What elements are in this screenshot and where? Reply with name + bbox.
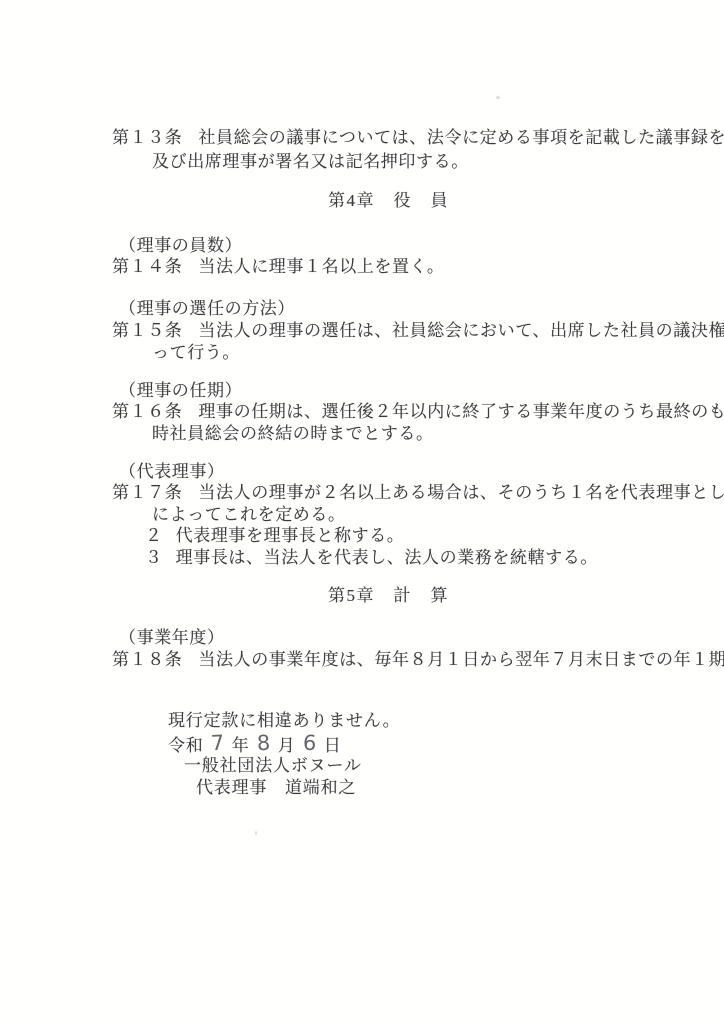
handwritten-day-digit: 6 [302,733,317,754]
paragraph-2-text: 代表理事を理事長と称する。 [176,526,405,545]
article-18-number: 第１８条 [112,651,182,668]
chapter-4-heading: 第4章 役 員 [328,192,449,209]
article-15-line-1: 第１５条当法人の理事の選任は、社員総会において、出席した社員の議決権の過半数をも [112,322,724,339]
article-17-line-2: によってこれを定める。 [152,506,346,523]
article-14-number: 第１４条 [112,258,182,275]
article-15-number: 第１５条 [112,322,182,339]
article-13-line-1: 第１３条社員総会の議事については、法令に定める事項を記載した議事録を作成し、議長 [112,129,724,146]
caption-directors-count: （理事の員数） [119,237,242,254]
article-17-paragraph-3: ３理事長は、当法人を代表し、法人の業務を統轄する。 [145,549,598,566]
year-suffix: 年 [232,736,250,755]
article-13-text: 社員総会の議事については、法令に定める事項を記載した議事録を作成し、議長 [198,128,724,147]
article-17-text: 当法人の理事が２名以上ある場合は、そのうち１名を代表理事とし、理事の互選 [198,483,724,502]
paragraph-3-text: 理事長は、当法人を代表し、法人の業務を統轄する。 [176,548,598,567]
paragraph-3-number: ３ [145,549,163,566]
caption-directors-election: （理事の選任の方法） [119,300,295,317]
handwritten-month-digit: 8 [256,733,271,755]
scan-speck [255,831,257,835]
caption-representative-director: （代表理事） [119,463,225,480]
handwritten-year-digit: 7 [210,733,225,755]
article-16-line-1: 第１６条理事の任期は、選任後２年以内に終了する事業年度のうち最終のものに関する定 [112,403,724,420]
article-16-line-2: 時社員総会の終結の時までとする。 [152,425,434,442]
article-15-line-2: って行う。 [152,344,240,361]
era-label: 令和 [168,736,204,755]
article-13-number: 第１３条 [112,129,182,146]
article-18-text: 当法人の事業年度は、毎年８月１日から翌年７月末日までの年１期とする。 [198,650,724,669]
article-16-text: 理事の任期は、選任後２年以内に終了する事業年度のうち最終のものに関する定 [198,402,724,421]
chapter-5-heading: 第5章 計 算 [328,587,449,604]
day-suffix: 日 [324,736,342,755]
article-14-text: 当法人に理事１名以上を置く。 [198,257,444,276]
article-15-text: 当法人の理事の選任は、社員総会において、出席した社員の議決権の過半数をも [198,321,724,340]
article-13-line-2: 及び出席理事が署名又は記名押印する。 [152,153,469,170]
signer-line: 代表理事 道端和之 [196,779,356,796]
article-18-line-1: 第１８条当法人の事業年度は、毎年８月１日から翌年７月末日までの年１期とする。 [112,651,724,668]
caption-directors-term: （理事の任期） [119,382,242,399]
paragraph-2-number: ２ [145,527,163,544]
scanned-document-page: 第１３条社員総会の議事については、法令に定める事項を記載した議事録を作成し、議長… [0,0,724,1024]
article-16-number: 第１６条 [112,403,182,420]
attestation-line: 現行定款に相違ありません。 [168,712,400,729]
scan-speck [496,96,500,99]
month-suffix: 月 [278,736,296,755]
article-17-paragraph-2: ２代表理事を理事長と称する。 [145,527,404,544]
article-17-line-1: 第１７条当法人の理事が２名以上ある場合は、そのうち１名を代表理事とし、理事の互選 [112,484,724,501]
date-line: 令和7年8月6日 [168,734,342,755]
article-17-number: 第１７条 [112,484,182,501]
company-name-line: 一般社団法人ボヌール [184,757,362,774]
caption-fiscal-year: （事業年度） [119,629,225,646]
article-14-line-1: 第１４条当法人に理事１名以上を置く。 [112,258,444,275]
